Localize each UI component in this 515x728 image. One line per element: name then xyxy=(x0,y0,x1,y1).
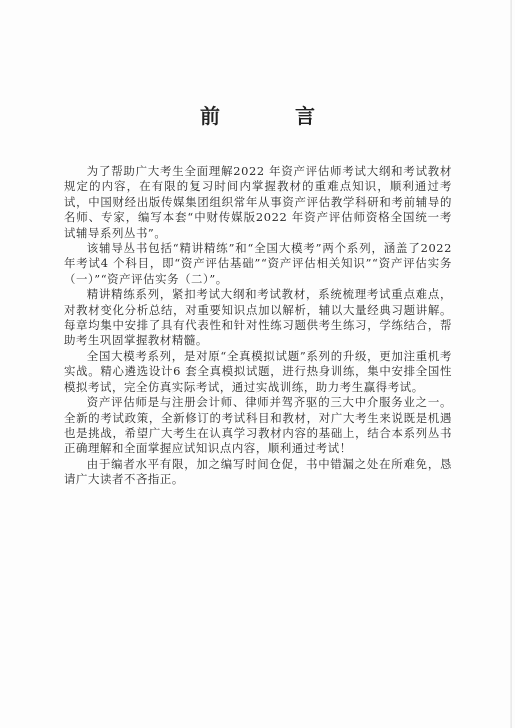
paragraph-closing: 由于编者水平有限，加之编写时间仓促，书中错漏之处在所难免，恳请广大读者不吝指正。 xyxy=(64,457,452,488)
preface-body: 为了帮助广大考生全面理解2022 年资产评估师考试大纲和考试教材规定的内容，在有… xyxy=(64,164,452,488)
paragraph-profession: 资产评估师是与注册会计师、律师并驾齐驱的三大中介服务业之一。全新的考试政策，全新… xyxy=(64,395,452,457)
paragraph-jingjiang-series: 精讲精练系列，紧扣考试大纲和考试教材，系统梳理考试重点难点，对教材变化分析总结，… xyxy=(64,287,452,349)
paragraph-series-overview: 该辅导丛书包括“精讲精练”和“全国大模考”两个系列，涵盖了2022 年考试4 个… xyxy=(64,241,452,287)
paragraph-intro: 为了帮助广大考生全面理解2022 年资产评估师考试大纲和考试教材规定的内容，在有… xyxy=(64,164,452,241)
paragraph-mokao-series: 全国大模考系列，是对原“全真模拟试题”系列的升级，更加注重机考实战。精心遴选设计… xyxy=(64,349,452,395)
page-title: 前 言 xyxy=(0,100,515,129)
